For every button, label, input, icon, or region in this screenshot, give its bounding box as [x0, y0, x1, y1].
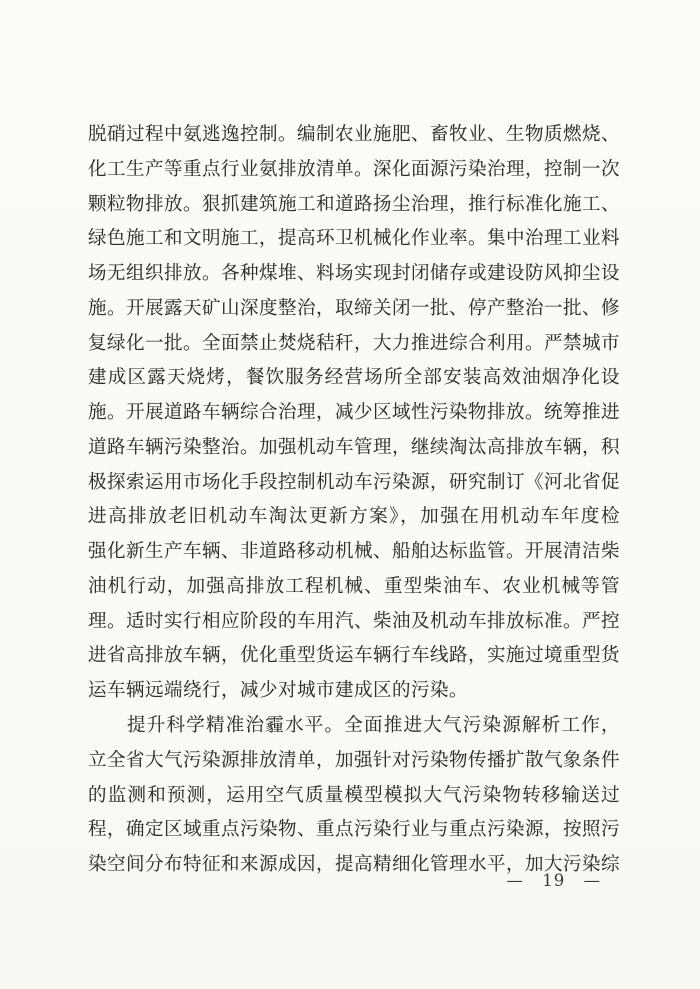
text-line: 进省高排放车辆，优化重型货运车辆行车线路，实施过境重型货: [88, 639, 620, 674]
text-line: 强化新生产车辆、非道路移动机械、船舶达标监管。开展清洁柴: [88, 535, 620, 570]
page-number: — 19 —: [507, 871, 602, 890]
text-line: 施。开展露天矿山深度整治，取缔关闭一批、停产整治一批、修: [88, 292, 620, 327]
text-line: 理。适时实行相应阶段的车用汽、柴油及机动车排放标准。严控: [88, 605, 620, 640]
text-line: 的监测和预测，运用空气质量模型模拟大气污染物转移输送过: [88, 779, 620, 814]
text-line: 建成区露天烧烤，餐饮服务经营场所全部安装高效油烟净化设: [88, 361, 620, 396]
document-page: 脱硝过程中氨逃逸控制。编制农业施肥、畜牧业、生物质燃烧、 化工生产等重点行业氨排…: [0, 0, 700, 989]
text-line: 绿色施工和文明施工，提高环卫机械化作业率。集中治理工业料: [88, 222, 620, 257]
text-line-paragraph-start: 提升科学精准治霾水平。全面推进大气污染源解析工作，建: [88, 709, 620, 744]
body-text: 脱硝过程中氨逃逸控制。编制农业施肥、畜牧业、生物质燃烧、 化工生产等重点行业氨排…: [88, 118, 620, 883]
text-line: 场无组织排放。各种煤堆、料场实现封闭储存或建设防风抑尘设: [88, 257, 620, 292]
text-line: 进高排放老旧机动车淘汰更新方案》，加强在用机动车年度检验。: [88, 500, 620, 535]
text-line: 脱硝过程中氨逃逸控制。编制农业施肥、畜牧业、生物质燃烧、: [88, 118, 620, 153]
text-line: 立全省大气污染源排放清单，加强针对污染物传播扩散气象条件: [88, 744, 620, 779]
text-line: 施。开展道路车辆综合治理，减少区域性污染物排放。统筹推进: [88, 396, 620, 431]
text-line-paragraph-end: 运车辆远端绕行，减少对城市建成区的污染。: [88, 674, 620, 709]
text-line: 油机行动，加强高排放工程机械、重型柴油车、农业机械等管: [88, 570, 620, 605]
text-line: 道路车辆污染整治。加强机动车管理，继续淘汰高排放车辆，积: [88, 431, 620, 466]
text-line: 化工生产等重点行业氨排放清单。深化面源污染治理，控制一次: [88, 153, 620, 188]
text-line: 颗粒物排放。狠抓建筑施工和道路扬尘治理，推行标准化施工、: [88, 188, 620, 223]
text-line: 极探索运用市场化手段控制机动车污染源，研究制订《河北省促: [88, 466, 620, 501]
text-line: 复绿化一批。全面禁止焚烧秸秆，大力推进综合利用。严禁城市: [88, 327, 620, 362]
text-line: 程，确定区域重点污染物、重点污染行业与重点污染源，按照污: [88, 813, 620, 848]
